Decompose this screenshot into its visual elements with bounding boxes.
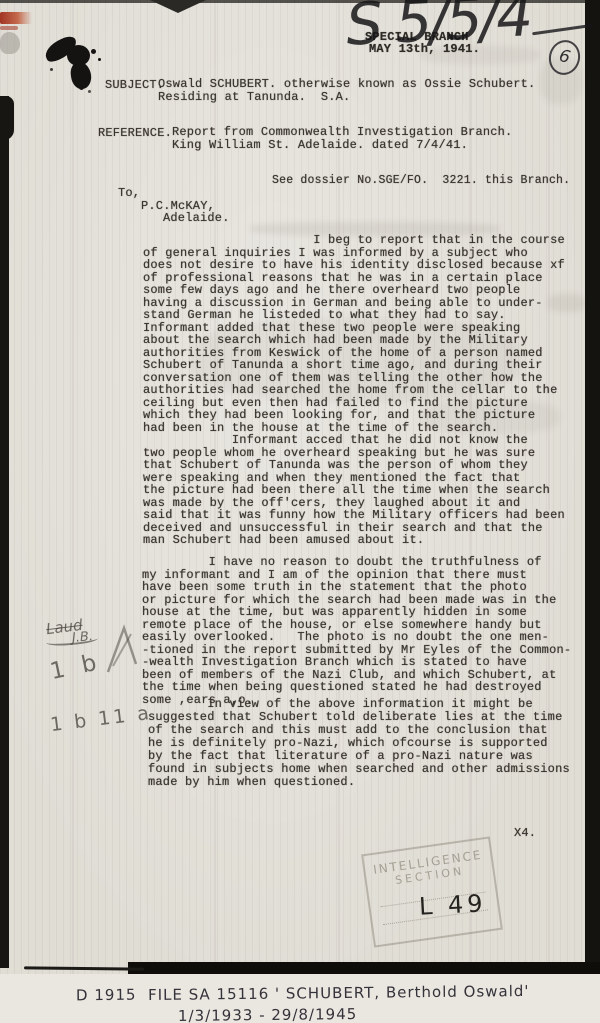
page-bottom-edge-tail bbox=[24, 966, 144, 970]
reference-label: REFERENCE. bbox=[98, 126, 172, 140]
red-ink-stain bbox=[0, 12, 32, 24]
ink-speck bbox=[58, 56, 61, 59]
red-ink-stain bbox=[0, 26, 18, 30]
scan-streak bbox=[72, 0, 74, 975]
addressee-to: To, bbox=[118, 186, 140, 200]
dossier-note: See dossier No.SGE/FO. 3221. this Branch… bbox=[272, 174, 570, 187]
archive-date-range: 1/3/1933 - 29/8/1945 bbox=[178, 1005, 357, 1023]
pencil-tick-mark bbox=[104, 622, 144, 678]
page-notch bbox=[150, 0, 206, 13]
handwritten-l49-mark: L 49 bbox=[418, 889, 487, 920]
pencil-reference-mark-2: 1 b 11 a bbox=[49, 702, 153, 736]
scan-edge-right bbox=[585, 0, 600, 972]
subject-text: Oswald SCHUBERT. otherwise known as Ossi… bbox=[158, 78, 535, 103]
scan-edge-left-lump bbox=[0, 96, 14, 140]
scanned-document-page: SPECIAL BRANCH MAY 13th, 1941. S 5/5/4 6… bbox=[0, 0, 600, 1023]
handwritten-file-number: S 5/5/4 bbox=[344, 0, 531, 59]
archive-series-number: D 1915 bbox=[76, 986, 137, 1005]
report-paragraph-1: I beg to report that in the course of ge… bbox=[143, 234, 565, 547]
report-paragraph-2: I have no reason to doubt the truthfulne… bbox=[142, 556, 571, 706]
reference-text: Report from Commonwealth Investigation B… bbox=[172, 126, 512, 151]
gray-stain bbox=[0, 32, 20, 54]
addressee-place: Adelaide. bbox=[163, 211, 230, 225]
closing-mark: X4. bbox=[514, 826, 536, 840]
pencil-reference-mark-1: 1 b bbox=[48, 649, 104, 685]
page-bottom-edge bbox=[128, 962, 600, 974]
report-paragraph-3: In view of the above information it migh… bbox=[148, 698, 570, 789]
scan-edge-left bbox=[0, 96, 9, 968]
subject-label: SUBJECT. bbox=[105, 78, 164, 92]
